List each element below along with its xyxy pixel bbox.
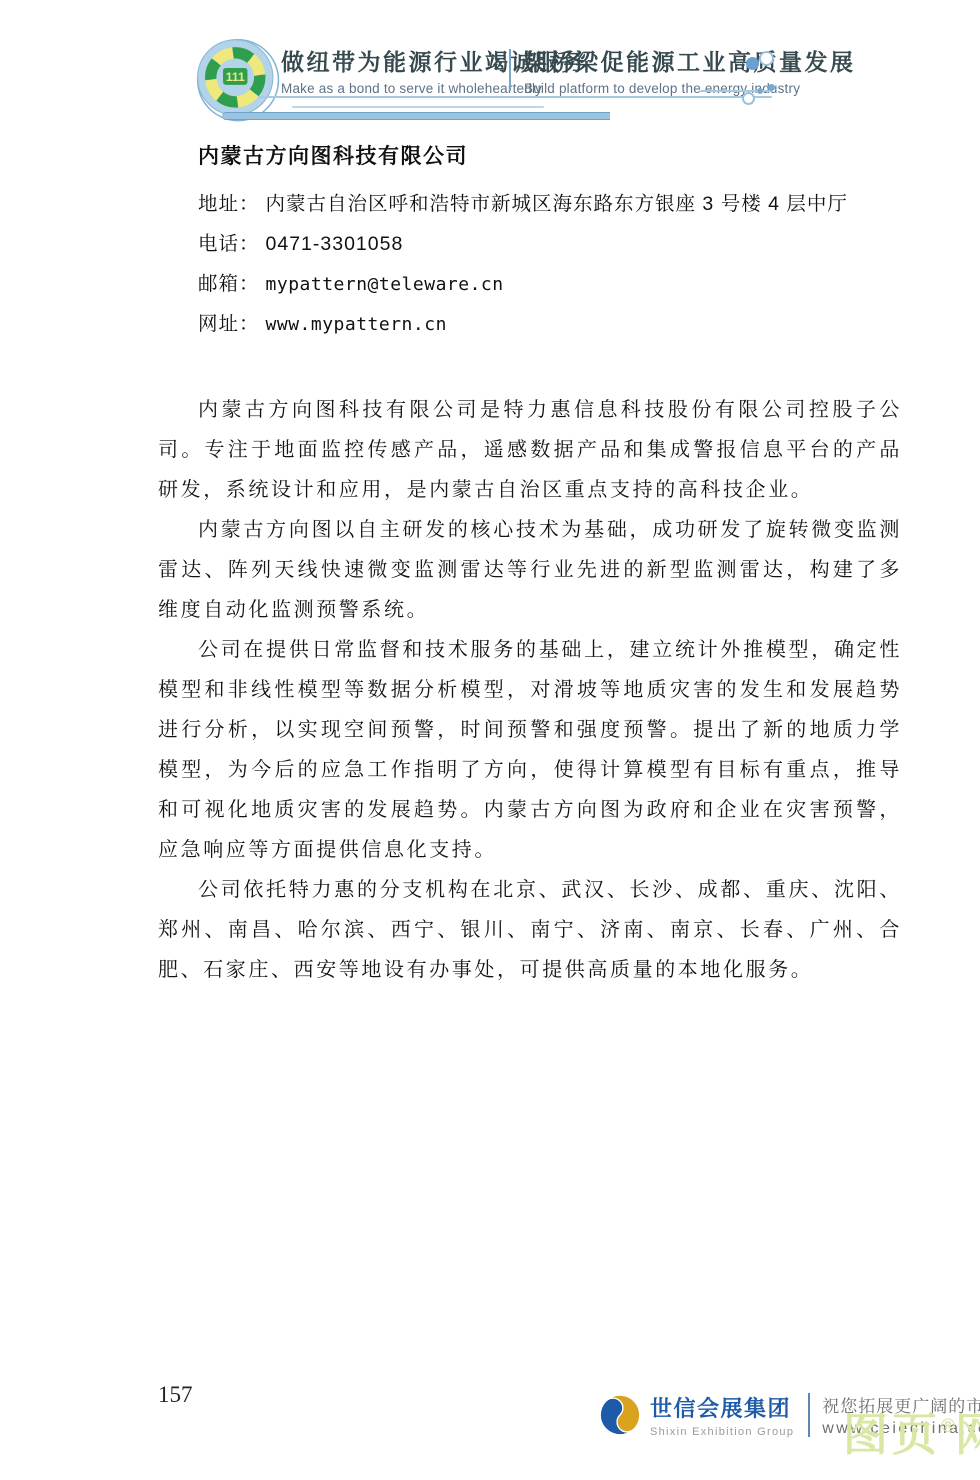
watermark-text-left: 图页 (843, 1409, 941, 1460)
info-row-phone: 电话： 0471-3301058 (198, 224, 902, 264)
shixin-group-logo-icon (598, 1393, 642, 1437)
group-name-zh: 世信会展集团 (650, 1392, 794, 1423)
header-slogan-right: 架桥梁促能源工业高质量发展 Build platform to develop … (524, 44, 856, 96)
website-label: 网址： (198, 304, 260, 344)
header-rule-thin (258, 96, 772, 98)
registered-mark-icon: ® (941, 1416, 955, 1437)
bubble-dot-icon (768, 84, 775, 91)
info-row-address: 地址： 内蒙古自治区呼和浩特市新城区海东路东方银座 3 号楼 4 层中厅 (198, 184, 902, 224)
logo-center-text: 111 (226, 70, 245, 84)
bubble-outline-icon (742, 92, 755, 105)
paragraph-3: 公司在提供日常监督和技术服务的基础上，建立统计外推模型，确定性模型和非线性模型等… (158, 630, 902, 870)
group-name-en: Shixin Exhibition Group (650, 1426, 794, 1438)
slogan-right-zh: 架桥梁促能源工业高质量发展 (524, 44, 856, 77)
company-name: 内蒙古方向图科技有限公司 (198, 140, 902, 170)
email-value: mypattern@teleware.cn (266, 265, 504, 305)
company-block: 内蒙古方向图科技有限公司 地址： 内蒙古自治区呼和浩特市新城区海东路东方银座 3… (158, 140, 902, 344)
address-value: 内蒙古自治区呼和浩特市新城区海东路东方银座 3 号楼 4 层中厅 (266, 184, 848, 224)
address-label: 地址： (198, 184, 260, 224)
footer-divider (808, 1393, 810, 1437)
paragraph-4: 公司依托特力惠的分支机构在北京、武汉、长沙、成都、重庆、沈阳、郑州、南昌、哈尔滨… (158, 870, 902, 990)
phone-value: 0471-3301058 (266, 224, 404, 264)
header-divider (509, 49, 511, 91)
watermark-text-right: 网 (955, 1409, 980, 1460)
info-row-website: 网址： www.mypattern.cn (198, 304, 902, 344)
document-page: 111 做纽带为能源行业竭诚服务 Make as a bond to serve… (0, 0, 980, 1480)
slogan-right-en: Build platform to develop the energy ind… (524, 81, 856, 96)
header-rule-mid (292, 106, 544, 108)
bubble-outline-icon (759, 51, 774, 66)
paragraph-1: 内蒙古方向图科技有限公司是特力惠信息科技股份有限公司控股子公司。专注于地面监控传… (158, 390, 902, 510)
phone-label: 电话： (198, 224, 260, 264)
page-header: 111 做纽带为能源行业竭诚服务 Make as a bond to serve… (0, 0, 980, 140)
page-number: 157 (158, 1382, 193, 1408)
company-description: 内蒙古方向图科技有限公司是特力惠信息科技股份有限公司控股子公司。专注于地面监控传… (158, 390, 902, 990)
website-value: www.mypattern.cn (266, 305, 447, 345)
info-row-email: 邮箱： mypattern@teleware.cn (198, 264, 902, 304)
bubble-icon (746, 57, 759, 70)
footer-brand-names: 世信会展集团 Shixin Exhibition Group (650, 1392, 794, 1438)
header-swoosh-line (222, 112, 610, 120)
main-content: 内蒙古方向图科技有限公司 地址： 内蒙古自治区呼和浩特市新城区海东路东方银座 3… (158, 140, 902, 990)
watermark: 图页®网 (843, 1412, 980, 1457)
bubble-dot-icon (757, 88, 763, 94)
email-label: 邮箱： (198, 264, 260, 304)
paragraph-2: 内蒙古方向图以自主研发的核心技术为基础，成功研发了旋转微变监测雷达、阵列天线快速… (158, 510, 902, 630)
